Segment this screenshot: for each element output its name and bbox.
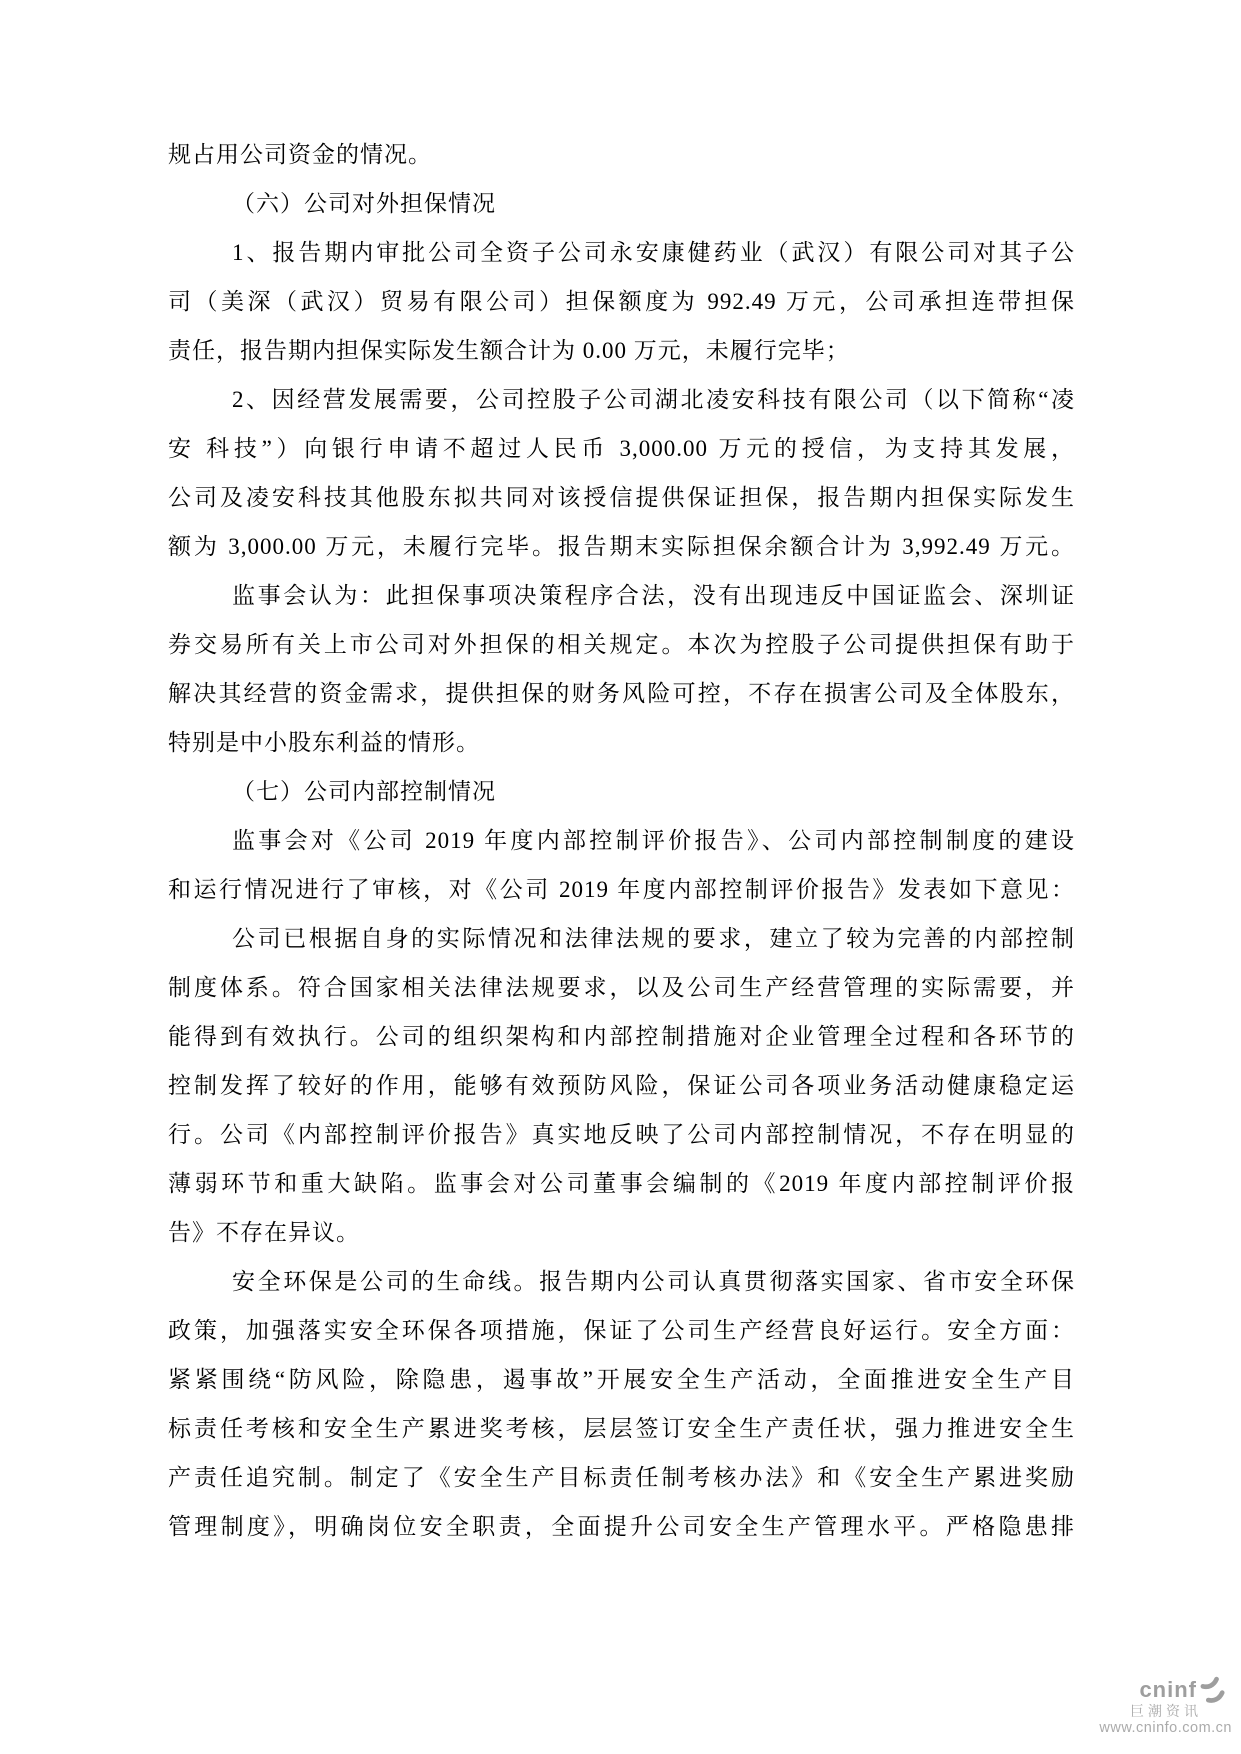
- text-line: 制度体系。符合国家相关法律法规要求，以及公司生产经营管理的实际需要，并: [168, 963, 1075, 1012]
- text-line: 司（美深（武汉）贸易有限公司）担保额度为 992.49 万元，公司承担连带担保: [168, 277, 1075, 326]
- text-line: 特别是中小股东利益的情形。: [168, 718, 1075, 767]
- text-line: 1、报告期内审批公司全资子公司永安康健药业（武汉）有限公司对其子公: [168, 228, 1075, 277]
- text-line: 行。公司《内部控制评价报告》真实地反映了公司内部控制情况，不存在明显的: [168, 1110, 1075, 1159]
- text-line: 解决其经营的资金需求，提供担保的财务风险可控，不存在损害公司及全体股东，: [168, 669, 1075, 718]
- document-body: 规占用公司资金的情况。（六）公司对外担保情况1、报告期内审批公司全资子公司永安康…: [168, 130, 1075, 1551]
- text-line: 2、因经营发展需要，公司控股子公司湖北凌安科技有限公司（以下简称“凌: [168, 375, 1075, 424]
- text-line: 规占用公司资金的情况。: [168, 130, 1075, 179]
- text-line: 紧紧围绕“防风险，除隐患，遏事故”开展安全生产活动，全面推进安全生产目: [168, 1355, 1075, 1404]
- text-line: 监事会认为：此担保事项决策程序合法，没有出现违反中国证监会、深圳证: [168, 571, 1075, 620]
- text-line: 标责任考核和安全生产累进奖考核，层层签订安全生产责任状，强力推进安全生: [168, 1404, 1075, 1453]
- text-line: 券交易所有关上市公司对外担保的相关规定。本次为控股子公司提供担保有助于: [168, 620, 1075, 669]
- text-line: （七）公司内部控制情况: [168, 767, 1075, 816]
- text-line: 和运行情况进行了审核，对《公司 2019 年度内部控制评价报告》发表如下意见：: [168, 865, 1075, 914]
- cninfo-brand-chinese: 巨潮资讯: [1099, 1704, 1202, 1719]
- text-line: 安全环保是公司的生命线。报告期内公司认真贯彻落实国家、省市安全环保: [168, 1257, 1075, 1306]
- cninfo-swirl-icon: [1199, 1676, 1226, 1703]
- text-line: 告》不存在异议。: [168, 1208, 1075, 1257]
- cninfo-watermark: cninf 巨潮资讯 www.cninfo.com.cn: [1099, 1676, 1232, 1736]
- text-line: 政策，加强落实安全环保各项措施，保证了公司生产经营良好运行。安全方面：: [168, 1306, 1075, 1355]
- cninfo-logo-text: cninf: [1139, 1679, 1197, 1701]
- document-page: 规占用公司资金的情况。（六）公司对外担保情况1、报告期内审批公司全资子公司永安康…: [0, 0, 1241, 1754]
- cninfo-logo-row: cninf: [1099, 1676, 1226, 1703]
- text-line: 公司及凌安科技其他股东拟共同对该授信提供保证担保，报告期内担保实际发生: [168, 473, 1075, 522]
- text-line: 安 科技”）向银行申请不超过人民币 3,000.00 万元的授信，为支持其发展，: [168, 424, 1075, 473]
- text-line: 能得到有效执行。公司的组织架构和内部控制措施对企业管理全过程和各环节的: [168, 1012, 1075, 1061]
- text-line: 控制发挥了较好的作用，能够有效预防风险，保证公司各项业务活动健康稳定运: [168, 1061, 1075, 1110]
- text-line: 额为 3,000.00 万元，未履行完毕。报告期末实际担保余额合计为 3,992…: [168, 522, 1075, 571]
- text-line: 管理制度》，明确岗位安全职责，全面提升公司安全生产管理水平。严格隐患排: [168, 1502, 1075, 1551]
- text-line: 公司已根据自身的实际情况和法律法规的要求，建立了较为完善的内部控制: [168, 914, 1075, 963]
- text-line: 监事会对《公司 2019 年度内部控制评价报告》、公司内部控制制度的建设: [168, 816, 1075, 865]
- cninfo-url: www.cninfo.com.cn: [1099, 1721, 1232, 1736]
- text-line: （六）公司对外担保情况: [168, 179, 1075, 228]
- text-line: 责任，报告期内担保实际发生额合计为 0.00 万元，未履行完毕；: [168, 326, 1075, 375]
- text-line: 产责任追究制。制定了《安全生产目标责任制考核办法》和《安全生产累进奖励: [168, 1453, 1075, 1502]
- text-line: 薄弱环节和重大缺陷。监事会对公司董事会编制的《2019 年度内部控制评价报: [168, 1159, 1075, 1208]
